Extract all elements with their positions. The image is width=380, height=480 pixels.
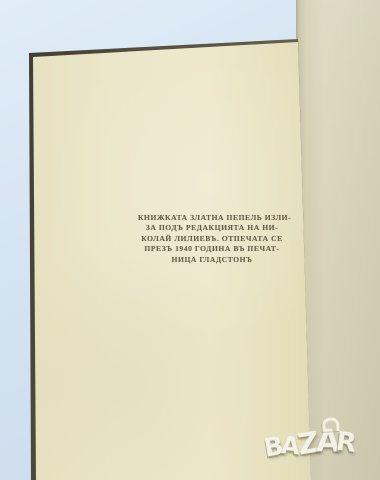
bazar-watermark-logo: B A Z A R xyxy=(263,425,356,459)
colophon-line: ЗА ПОДЪ РЕДАКЦИЯТА НА НИ- xyxy=(138,223,286,233)
watermark-letter: R xyxy=(334,429,357,457)
colophon-line: КНИЖКАТА ЗЛАТНА ПЕПЕЛЬ ИЗЛИ- xyxy=(138,213,286,223)
colophon-line: ПРЕЗЪ 1940 ГОДИНА ВЪ ПЕЧАТ- xyxy=(138,244,286,254)
colophon-line: НИЦА ГЛАДСТОНЪ xyxy=(138,255,286,265)
book-photo: КНИЖКАТА ЗЛАТНА ПЕПЕЛЬ ИЗЛИ- ЗА ПОДЪ РЕД… xyxy=(0,0,380,480)
colophon-line: КОЛАЙ ЛИЛИЕВЪ. ОТПЕЧАТА СЕ xyxy=(138,234,286,244)
colophon-text: КНИЖКАТА ЗЛАТНА ПЕПЕЛЬ ИЗЛИ- ЗА ПОДЪ РЕД… xyxy=(138,213,286,265)
